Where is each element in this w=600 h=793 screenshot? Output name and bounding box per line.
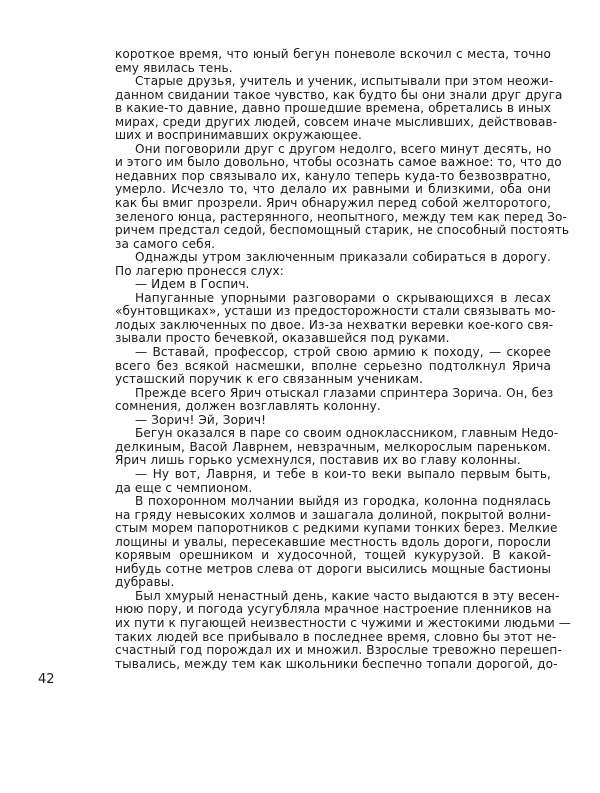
text-line: короткое время, что юный бегун поневоле … [115,48,551,62]
text-line: на гряду невысоких холмов и зашагала дол… [115,509,551,523]
text-line: стым морем папоротников с редкими купами… [115,522,551,536]
text-line: В похоронном молчании выйдя из городка, … [115,495,551,509]
text-line: таких людей все прибывало в последнее вр… [115,631,551,645]
text-line: сомнения, должен возглавлять колонну. [115,400,551,414]
text-line: зеленого юнца, растерянного, неопытного,… [115,211,551,225]
text-line: — Идем в Госпич. [115,278,551,292]
text-line: умерло. Исчезло то, что делало их равным… [115,183,551,197]
book-page: короткое время, что юный бегун поневоле … [0,0,600,793]
text-line: за самого себя. [115,238,551,252]
text-line: дубравы. [115,576,551,590]
text-line: их пути к пугающей неизвестности с чужим… [115,617,551,631]
text-line: Был хмурый ненастный день, какие часто в… [115,590,551,604]
text-line: мирах, среди других людей, совсем иначе … [115,116,551,130]
text-line: лодых заключенных по двое. Из-за нехватк… [115,319,551,333]
text-line: делкиным, Васой Лаврнем, невзрачным, мел… [115,441,551,455]
text-line: нюю пору, и погода усугубляла мрачное на… [115,603,551,617]
text-line: корявым орешником и худосочной, тощей ку… [115,549,551,563]
text-line: усташский поручик к его связанным ученик… [115,373,551,387]
text-line: По лагерю пронесся слух: [115,265,551,279]
text-line: ричем предстал седой, беспомощный старик… [115,224,551,238]
text-line: да еще с чемпионом. [115,482,551,496]
text-line: — Зорич! Эй, Зорич! [115,414,551,428]
text-line: Прежде всего Ярич отыскал глазами спринт… [115,387,551,401]
text-line: тывались, между тем как школьники беспеч… [115,658,551,672]
text-line: Напуганные упорными разговорами о скрыва… [115,292,551,306]
text-line: как бы вмиг прозрели. Ярич обнаружил пер… [115,197,551,211]
text-line: ших и воспринимавших окружающее. [115,129,551,143]
text-line: ему явилась тень. [115,62,551,76]
text-line: — Ну вот, Лаврня, и тебе в кои-то веки в… [115,468,551,482]
text-line: Они поговорили друг с другом недолго, вс… [115,143,551,157]
text-line: нибудь сотне метров слева от дороги выси… [115,563,551,577]
text-line: недавних пор связывало их, кануло теперь… [115,170,551,184]
text-line: «бунтовщиках», усташи из предосторожност… [115,305,551,319]
text-line: Ярич лишь горько усмехнулся, поставив их… [115,454,551,468]
text-line: счастный год порождал их и множил. Взрос… [115,644,551,658]
body-text-column: короткое время, что юный бегун поневоле … [115,48,551,671]
text-line: — Вставай, профессор, строй свою армию к… [115,346,551,360]
text-line: всего без всякой насмешки, вполне серьез… [115,360,551,374]
text-line: лощины и увалы, пересекавшие местность в… [115,536,551,550]
text-line: Однажды утром заключенным приказали соби… [115,251,551,265]
page-number: 42 [38,672,55,687]
text-line: зывали просто бечевкой, оказавшейся под … [115,332,551,346]
text-line: данном свидании такое чувство, как будто… [115,89,551,103]
text-line: и этого им было довольно, чтобы осознать… [115,156,551,170]
text-line: в какие-то давние, давно прошедшие време… [115,102,551,116]
text-line: Старые друзья, учитель и ученик, испытыв… [115,75,551,89]
text-line: Бегун оказался в паре со своим однокласс… [115,427,551,441]
